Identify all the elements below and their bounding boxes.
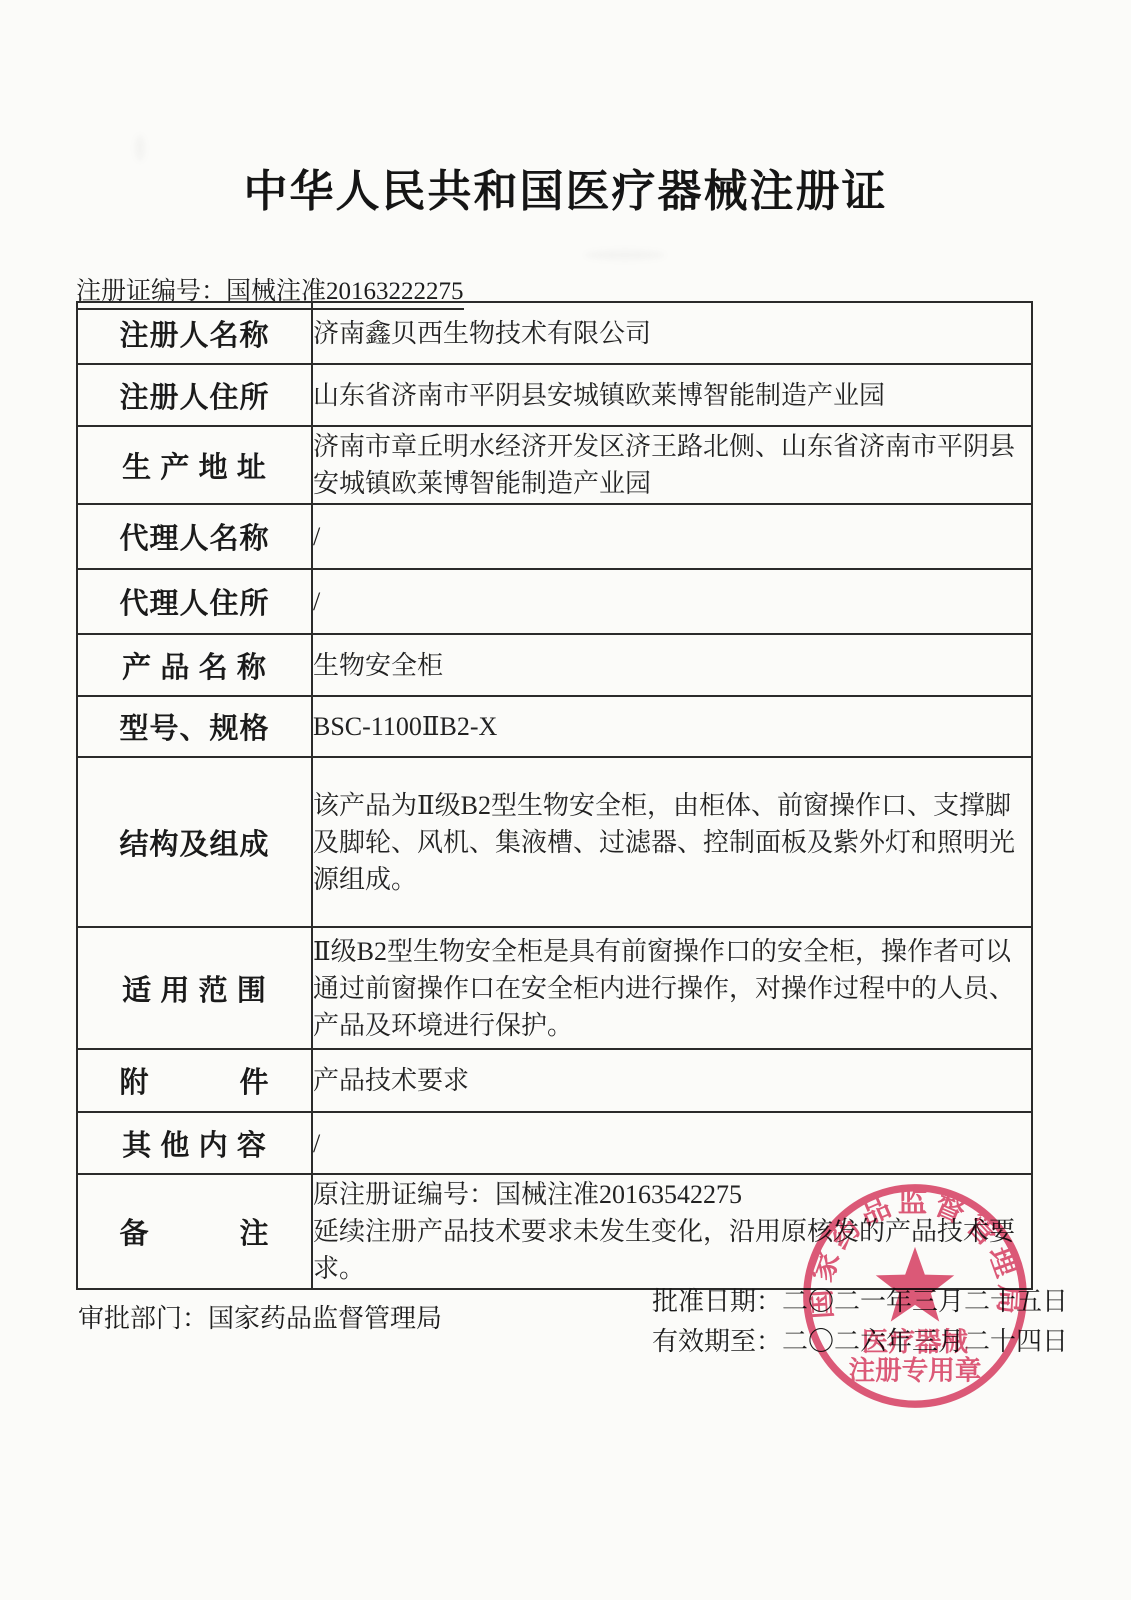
table-row-registrant-name: 注册人名称 济南鑫贝西生物技术有限公司 (77, 302, 1032, 364)
row-label: 结构及组成 (77, 757, 312, 927)
row-value: 山东省济南市平阴县安城镇欧莱博智能制造产业园 (312, 364, 1032, 426)
row-label: 备 注 (77, 1174, 312, 1289)
row-value: / (312, 569, 1032, 634)
row-label: 型号、规格 (77, 696, 312, 757)
table-row-other-content: 其 他 内 容 / (77, 1112, 1032, 1174)
row-label: 注册人名称 (77, 302, 312, 364)
row-value: / (312, 504, 1032, 569)
row-label: 注册人住所 (77, 364, 312, 426)
table-row-product-name: 产 品 名 称 生物安全柜 (77, 634, 1032, 696)
document-title: 中华人民共和国医疗器械注册证 (0, 155, 1131, 219)
row-label: 其 他 内 容 (77, 1112, 312, 1174)
row-label: 生 产 地 址 (77, 426, 312, 504)
table-row-agent-name: 代理人名称 / (77, 504, 1032, 569)
approval-department-label: 审批部门： (78, 1304, 208, 1333)
table-row-structure-composition: 结构及组成 该产品为Ⅱ级B2型生物安全柜，由柜体、前窗操作口、支撑脚及脚轮、风机… (77, 757, 1032, 927)
approval-department-value: 国家药品监督管理局 (208, 1304, 442, 1333)
row-value: Ⅱ级B2型生物安全柜是具有前窗操作口的安全柜，操作者可以通过前窗操作口在安全柜内… (312, 927, 1032, 1049)
row-value: 生物安全柜 (312, 634, 1032, 696)
table-row-agent-address: 代理人住所 / (77, 569, 1032, 634)
table-row-registrant-address: 注册人住所 山东省济南市平阴县安城镇欧莱博智能制造产业园 (77, 364, 1032, 426)
row-label: 产 品 名 称 (77, 634, 312, 696)
table-row-intended-use: 适 用 范 围 Ⅱ级B2型生物安全柜是具有前窗操作口的安全柜，操作者可以通过前窗… (77, 927, 1032, 1049)
official-stamp: 国家药品监督管理局 医疗器械 注册专用章 (797, 1178, 1033, 1414)
row-value: 该产品为Ⅱ级B2型生物安全柜，由柜体、前窗操作口、支撑脚及脚轮、风机、集液槽、过… (312, 757, 1032, 927)
row-label: 代理人名称 (77, 504, 312, 569)
star-icon (876, 1247, 954, 1322)
row-value: 济南市章丘明水经济开发区济王路北侧、山东省济南市平阴县安城镇欧莱博智能制造产业园 (312, 426, 1032, 504)
row-label: 附 件 (77, 1049, 312, 1112)
approval-department-line: 审批部门：国家药品监督管理局 (78, 1298, 442, 1335)
table-row-production-address: 生 产 地 址 济南市章丘明水经济开发区济王路北侧、山东省济南市平阴县安城镇欧莱… (77, 426, 1032, 504)
row-value: BSC-1100ⅡB2-X (312, 696, 1032, 757)
row-label: 代理人住所 (77, 569, 312, 634)
table-row-model-spec: 型号、规格 BSC-1100ⅡB2-X (77, 696, 1032, 757)
row-label: 适 用 范 围 (77, 927, 312, 1049)
valid-until-label: 有效期至： (652, 1327, 782, 1356)
row-value: 济南鑫贝西生物技术有限公司 (312, 302, 1032, 364)
row-value: / (312, 1112, 1032, 1174)
certificate-page: { "title": "中华人民共和国医疗器械注册证", "cert_heade… (0, 0, 1131, 1600)
stamp-center-line-2: 注册专用章 (849, 1356, 982, 1386)
row-value: 产品技术要求 (312, 1049, 1032, 1112)
table-row-attachment: 附 件 产品技术要求 (77, 1049, 1032, 1112)
registration-table: 注册人名称 济南鑫贝西生物技术有限公司 注册人住所 山东省济南市平阴县安城镇欧莱… (76, 301, 1033, 1290)
stamp-center-line-1: 医疗器械 (862, 1327, 969, 1357)
approval-date-label: 批准日期： (652, 1287, 782, 1316)
scan-smudge (585, 250, 665, 260)
